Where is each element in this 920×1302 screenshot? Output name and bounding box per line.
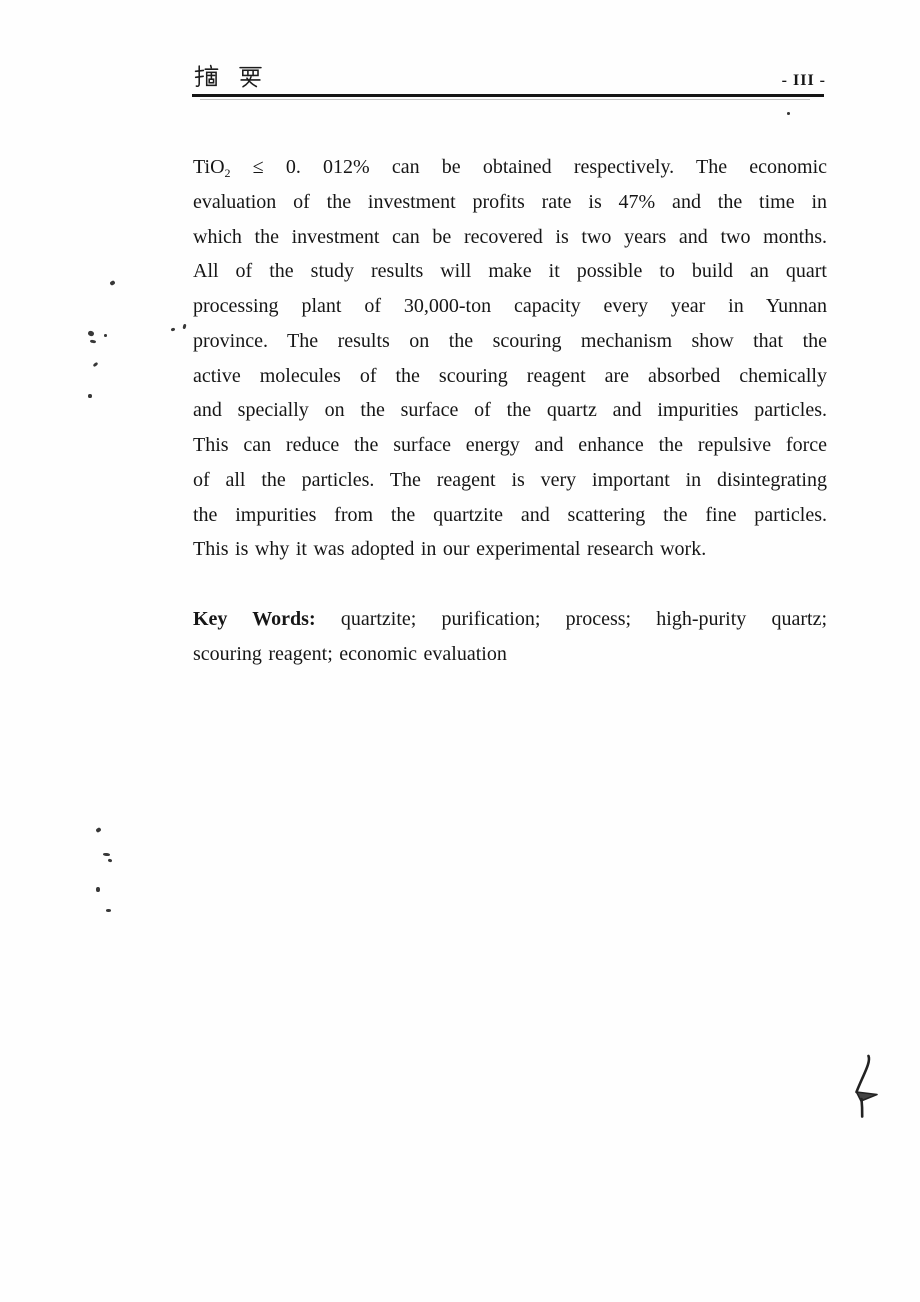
keywords-line: Key Words: quartzite; purification; proc…: [193, 602, 827, 637]
cjk-glyph-zhai-icon: [194, 64, 219, 89]
abstract-line: TiO2 ≤ 0. 012% can be obtained respectiv…: [193, 150, 827, 185]
scan-speck: [171, 327, 176, 331]
abstract-line: active molecules of the scouring reagent…: [193, 359, 827, 394]
scan-speck: [787, 112, 790, 115]
scan-speck: [90, 340, 96, 344]
scan-speck: [93, 362, 99, 368]
scan-speck: [104, 334, 107, 337]
abstract-line: and specially on the surface of the quar…: [193, 393, 827, 428]
abstract-line: of all the particles. The reagent is ver…: [193, 463, 827, 498]
scan-speck: [96, 887, 100, 892]
keywords-line: scouring reagent; economic evaluation: [193, 637, 827, 672]
abstract-line: This is why it was adopted in our experi…: [193, 532, 827, 567]
abstract-line: processing plant of 30,000-ton capacity …: [193, 289, 827, 324]
abstract-line: which the investment can be recovered is…: [193, 220, 827, 255]
paragraph-gap: [193, 567, 827, 602]
header-rule-echo: [200, 99, 810, 100]
keywords-list: quartzite; purification; process; high-p…: [341, 608, 827, 630]
page-number: - III -: [756, 72, 826, 90]
scanned-abstract-page: 摘 要 - III - TiO2 ≤ 0. 012% can be o: [0, 0, 920, 1302]
header-chapter-title: 摘 要: [194, 62, 263, 90]
scan-speck: [106, 909, 111, 912]
chem-formula: TiO2: [193, 156, 231, 178]
keywords-label: Key Words:: [193, 608, 316, 630]
cjk-glyph-yao-icon: [238, 64, 263, 89]
scan-speck: [103, 853, 110, 857]
abstract-line: All of the study results will make it po…: [193, 254, 827, 289]
scan-speck: [182, 324, 186, 330]
header-rule: [192, 94, 824, 97]
scan-speck: [87, 330, 94, 337]
handwritten-mark-icon: [810, 1030, 920, 1150]
scan-speck: [108, 858, 113, 862]
abstract-line: evaluation of the investment profits rat…: [193, 185, 827, 220]
abstract-line: This can reduce the surface energy and e…: [193, 428, 827, 463]
scan-speck: [88, 394, 92, 398]
abstract-text-block: TiO2 ≤ 0. 012% can be obtained respectiv…: [193, 150, 827, 671]
scan-speck: [109, 280, 115, 286]
abstract-line: province. The results on the scouring me…: [193, 324, 827, 359]
abstract-line: the impurities from the quartzite and sc…: [193, 498, 827, 533]
scan-speck: [95, 827, 101, 833]
